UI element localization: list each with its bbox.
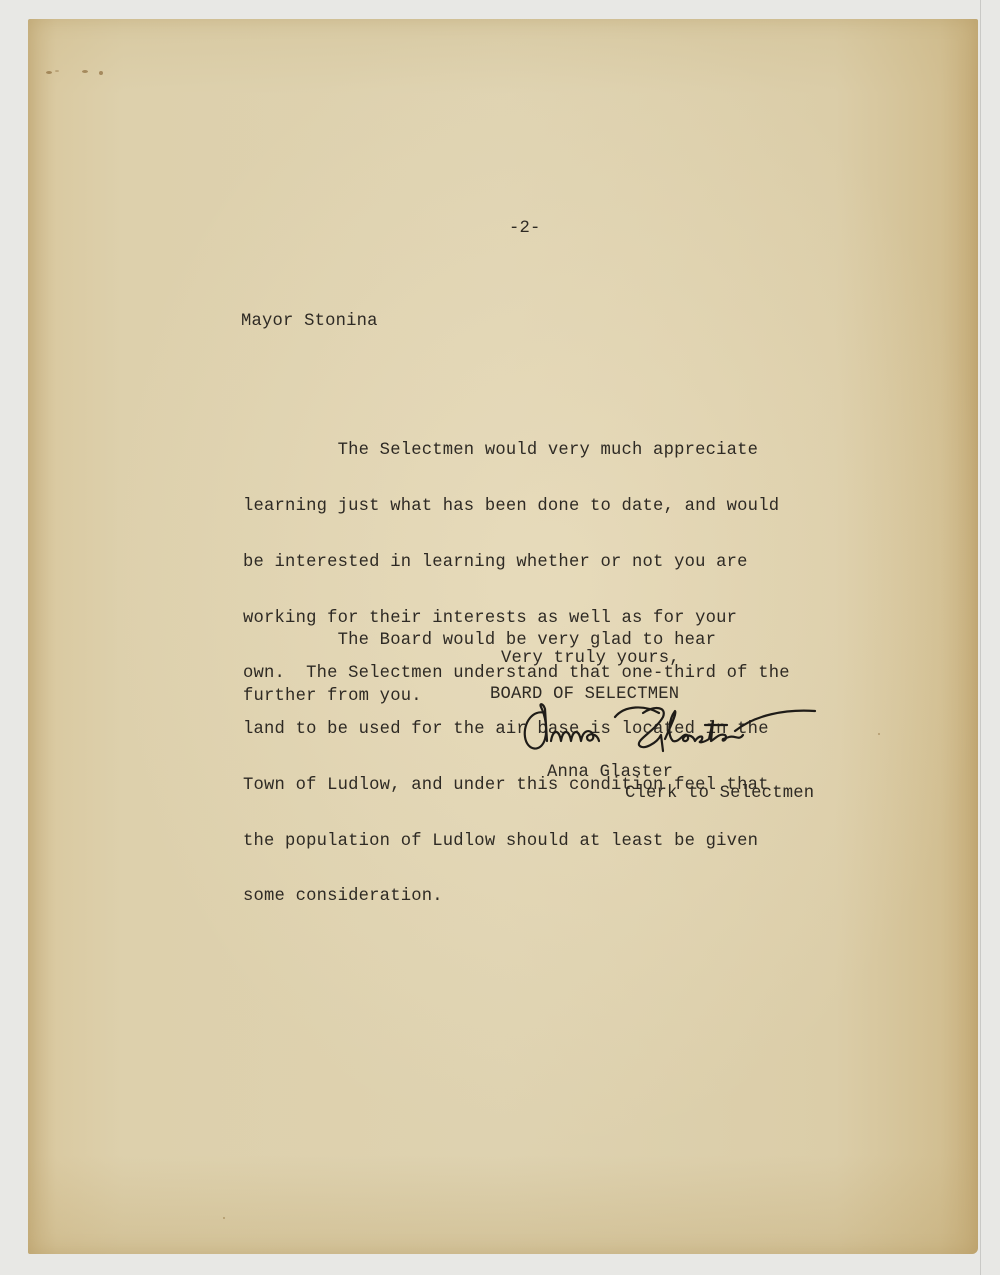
text-line: the population of Ludlow should at least… bbox=[243, 833, 790, 852]
signer-title: Clerk to Selectmen bbox=[625, 785, 814, 804]
text-line: some consideration. bbox=[243, 888, 790, 907]
closing: Very truly yours, bbox=[501, 650, 680, 669]
stain-mark bbox=[55, 70, 59, 72]
stain-mark bbox=[46, 71, 52, 74]
stain-mark bbox=[82, 70, 88, 73]
text-line: The Board would be very glad to hear bbox=[243, 632, 716, 651]
signer-name: Anna Glaster bbox=[547, 764, 673, 783]
text-line: learning just what has been done to date… bbox=[243, 498, 790, 517]
stain-mark bbox=[99, 71, 103, 75]
text-line: The Selectmen would very much appreciate bbox=[243, 442, 790, 461]
text-line: be interested in learning whether or not… bbox=[243, 554, 790, 573]
handwritten-signature bbox=[515, 695, 835, 765]
page-number: -2- bbox=[509, 220, 541, 239]
stain-mark bbox=[878, 733, 880, 735]
scan-edge-line bbox=[980, 0, 981, 1275]
stain-mark bbox=[223, 1217, 225, 1219]
addressee: Mayor Stonina bbox=[241, 313, 378, 332]
